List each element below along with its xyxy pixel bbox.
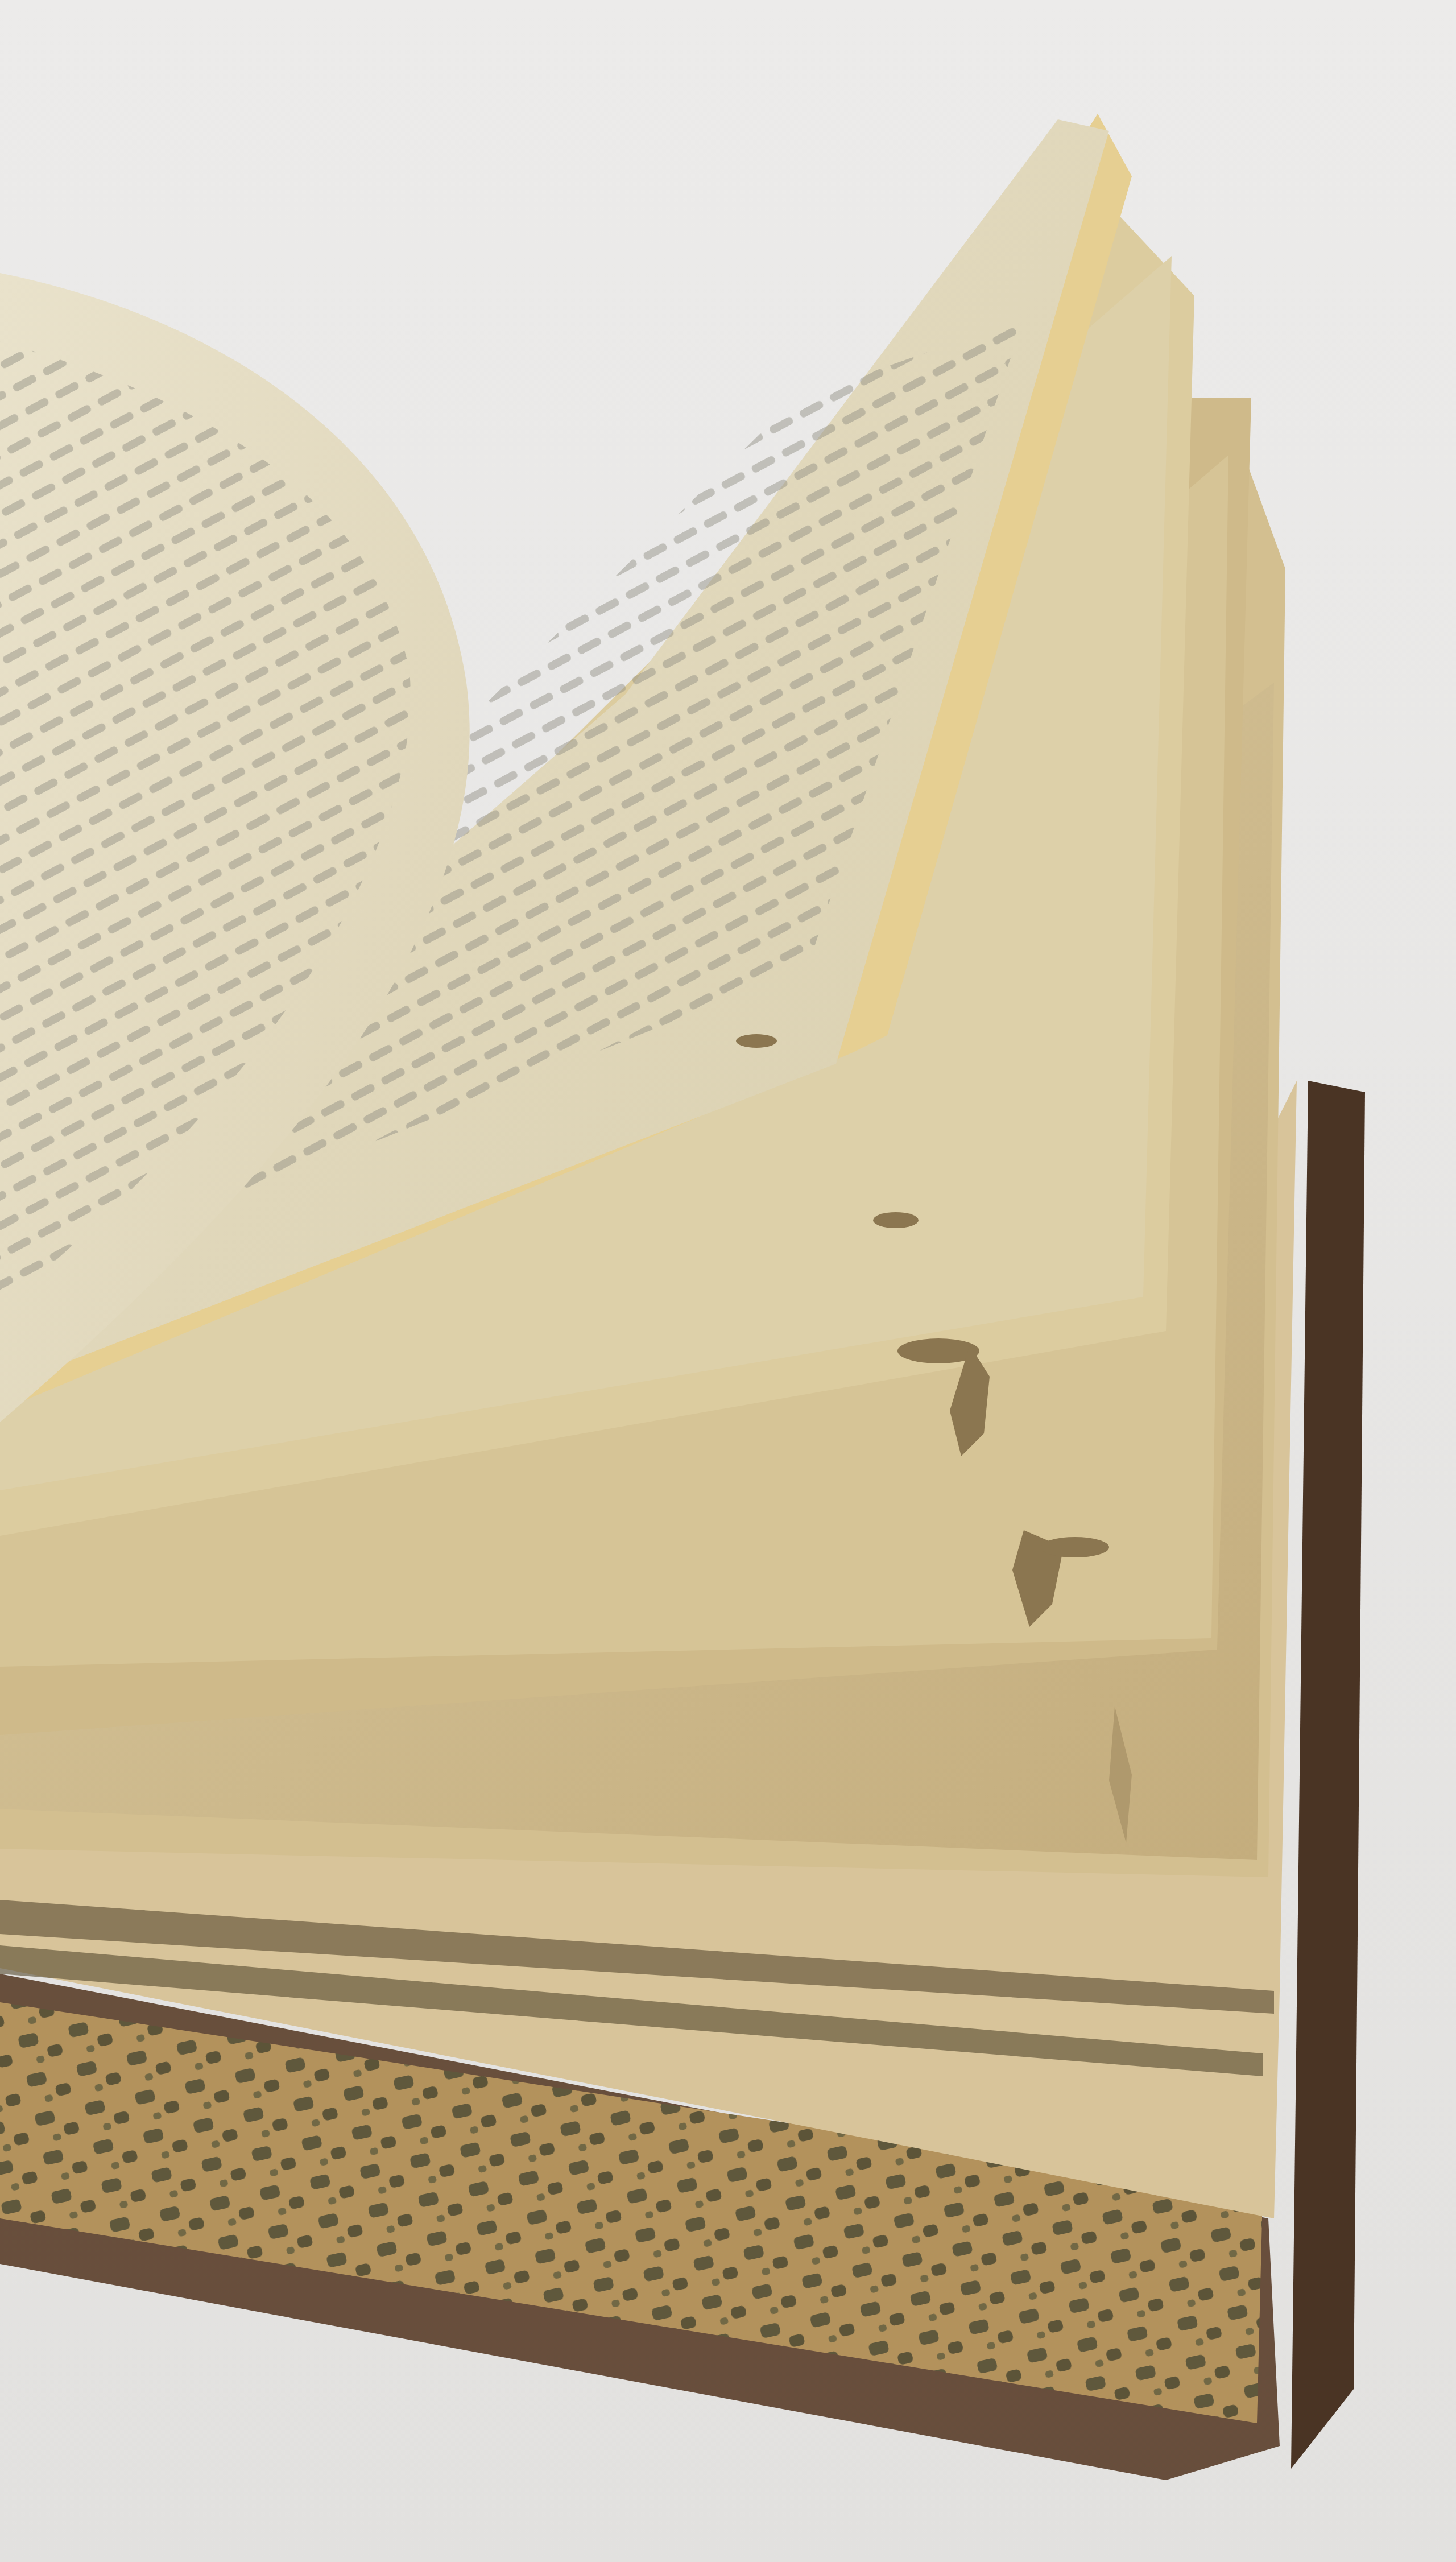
book-photo: Old open book with fanned, worn pages an…: [0, 0, 1456, 2562]
book-illustration: [0, 0, 1456, 2562]
